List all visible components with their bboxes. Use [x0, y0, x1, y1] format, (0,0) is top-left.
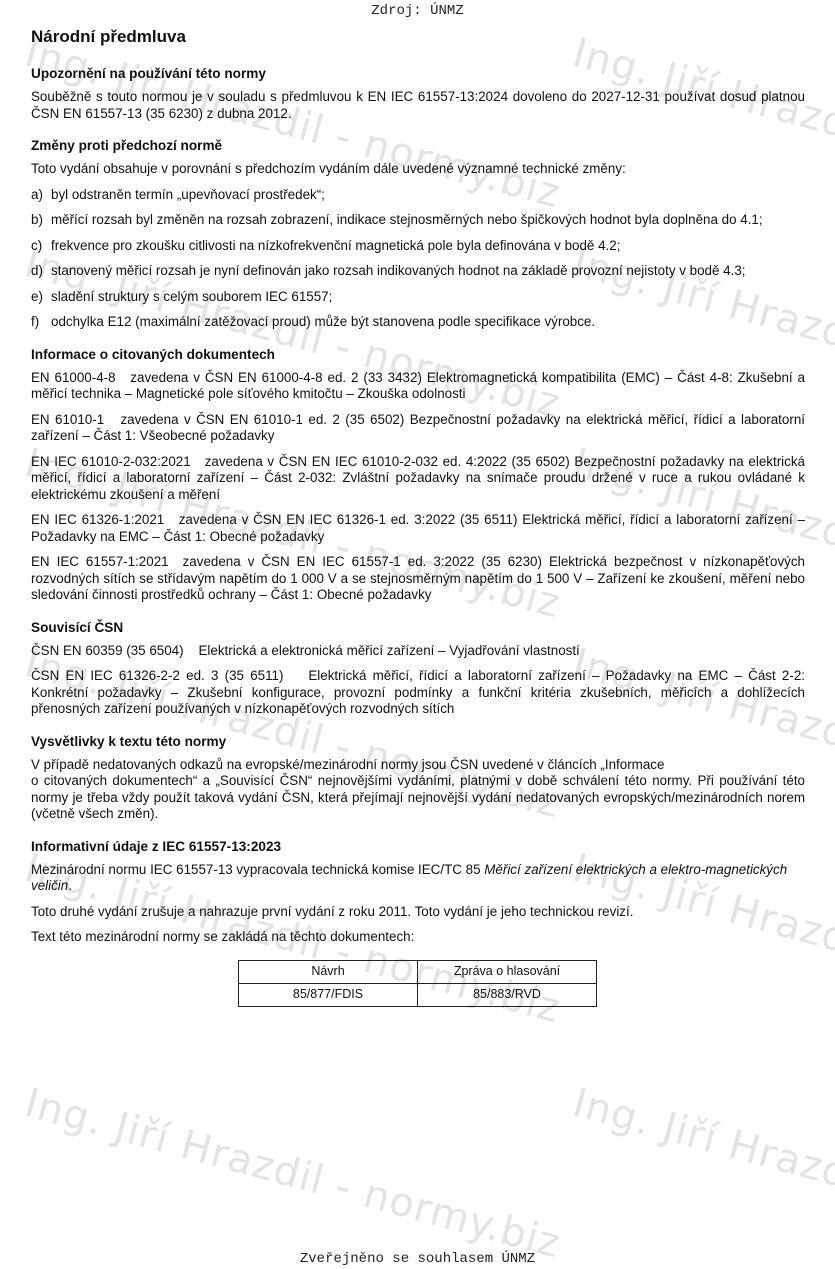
published-footer: Zveřejněno se souhlasem ÚNMZ — [0, 1251, 835, 1267]
paragraph: Toto vydání obsahuje v porovnání s předc… — [31, 161, 805, 178]
reference-entry: EN IEC 61557-1:2021 zavedena v ČSN EN IE… — [31, 554, 805, 604]
paragraph: Mezinárodní normu IEC 61557-13 vypracova… — [31, 862, 805, 895]
list-item: f)odchylka E12 (maximální zatěžovací pro… — [31, 314, 805, 331]
reference-entry: EN IEC 61010-2-032:2021 zavedena v ČSN E… — [31, 454, 805, 504]
list-label: a) — [31, 187, 51, 204]
list-text: byl odstraněn termín „upevňovací prostře… — [51, 187, 805, 204]
list-item: e)sladění struktury s celým souborem IEC… — [31, 289, 805, 306]
paragraph-text: o citovaných dokumentech“ a „Souvisící Č… — [31, 773, 805, 821]
paragraph: V případě nedatovaných odkazů na evropsk… — [31, 757, 805, 823]
watermark: Ing. Jiří Hrazdil - normy.biz — [20, 1080, 565, 1267]
voting-documents-table: Návrh Zpráva o hlasování 85/877/FDIS 85/… — [238, 960, 597, 1007]
table-cell: 85/883/RVD — [418, 983, 597, 1006]
table-header-cell: Zpráva o hlasování — [418, 960, 597, 983]
reference-entry: EN 61010-1 zavedena v ČSN EN 61010-1 ed.… — [31, 412, 805, 445]
list-label: e) — [31, 289, 51, 306]
list-text: odchylka E12 (maximální zatěžovací proud… — [51, 314, 805, 331]
watermark: Ing. Jiří Hrazdil - normy.biz — [568, 1080, 835, 1267]
list-text: měřící rozsah byl změněn na rozsah zobra… — [51, 212, 805, 229]
section-heading: Souvisící ČSN — [31, 619, 805, 636]
list-text: stanovený měřicí rozsah je nyní definová… — [51, 263, 805, 280]
related-entry: ČSN EN IEC 61326-2-2 ed. 3 (35 6511) Ele… — [31, 668, 805, 718]
section-heading: Informativní údaje z IEC 61557-13:2023 — [31, 838, 805, 855]
document-body: Národní předmluva Upozornění na používán… — [31, 26, 805, 1022]
source-header: Zdroj: ÚNMZ — [0, 3, 835, 19]
explanations-section: Vysvětlivky k textu této normy V případě… — [31, 733, 805, 823]
list-label: f) — [31, 314, 51, 331]
changes-section: Změny proti předchozí normě Toto vydání … — [31, 137, 805, 331]
paragraph: Toto druhé vydání zrušuje a nahrazuje pr… — [31, 904, 805, 921]
reference-code: EN IEC 61326-1:2021 — [31, 512, 164, 527]
reference-code: EN IEC 61557-1:2021 — [31, 554, 169, 569]
paragraph-text: Mezinárodní normu IEC 61557-13 vypracova… — [31, 862, 484, 877]
reference-text: zavedena v ČSN EN 61000-4-8 ed. 2 (33 34… — [31, 370, 805, 402]
paragraph: Text této mezinárodní normy se zakládá n… — [31, 929, 805, 946]
list-text: sladění struktury s celým souborem IEC 6… — [51, 289, 805, 306]
reference-code: EN 61010-1 — [31, 412, 104, 427]
paragraph-text: . — [68, 878, 72, 893]
reference-text: Elektrická a elektronická měřicí zařízen… — [198, 643, 579, 658]
reference-text: zavedena v ČSN EN 61010-1 ed. 2 (35 6502… — [31, 412, 805, 444]
section-heading: Změny proti předchozí normě — [31, 137, 805, 154]
paragraph-line: V případě nedatovaných odkazů na evropsk… — [31, 757, 805, 774]
section-heading: Informace o citovaných dokumentech — [31, 346, 805, 363]
usage-notice-section: Upozornění na používání této normy Soubě… — [31, 65, 805, 122]
list-item: a)byl odstraněn termín „upevňovací prost… — [31, 187, 805, 204]
page-title: Národní předmluva — [31, 26, 805, 48]
reference-code: EN IEC 61010-2-032:2021 — [31, 454, 191, 469]
reference-entry: EN IEC 61326-1:2021 zavedena v ČSN EN IE… — [31, 512, 805, 545]
list-label: d) — [31, 263, 51, 280]
list-item: d)stanovený měřicí rozsah je nyní defino… — [31, 263, 805, 280]
table-header-row: Návrh Zpráva o hlasování — [239, 960, 597, 983]
list-item: b)měřící rozsah byl změněn na rozsah zob… — [31, 212, 805, 229]
related-csn-section: Souvisící ČSN ČSN EN 60359 (35 6504) Ele… — [31, 619, 805, 718]
section-heading: Upozornění na používání této normy — [31, 65, 805, 82]
paragraph: Souběžně s touto normou je v souladu s p… — [31, 89, 805, 122]
list-item: c)frekvence pro zkoušku citlivosti na ní… — [31, 238, 805, 255]
table-header-cell: Návrh — [239, 960, 418, 983]
section-heading: Vysvětlivky k textu této normy — [31, 733, 805, 750]
list-label: b) — [31, 212, 51, 229]
reference-code: ČSN EN 60359 (35 6504) — [31, 643, 184, 658]
related-entry: ČSN EN 60359 (35 6504) Elektrická a elek… — [31, 643, 805, 660]
list-label: c) — [31, 238, 51, 255]
list-text: frekvence pro zkoušku citlivosti na nízk… — [51, 238, 805, 255]
table-cell: 85/877/FDIS — [239, 983, 418, 1006]
table-row: 85/877/FDIS 85/883/RVD — [239, 983, 597, 1006]
reference-entry: EN 61000-4-8 zavedena v ČSN EN 61000-4-8… — [31, 370, 805, 403]
reference-code: EN 61000-4-8 — [31, 370, 116, 385]
reference-code: ČSN EN IEC 61326-2-2 ed. 3 (35 6511) — [31, 668, 283, 683]
cited-documents-section: Informace o citovaných dokumentech EN 61… — [31, 346, 805, 604]
informative-section: Informativní údaje z IEC 61557-13:2023 M… — [31, 838, 805, 1007]
